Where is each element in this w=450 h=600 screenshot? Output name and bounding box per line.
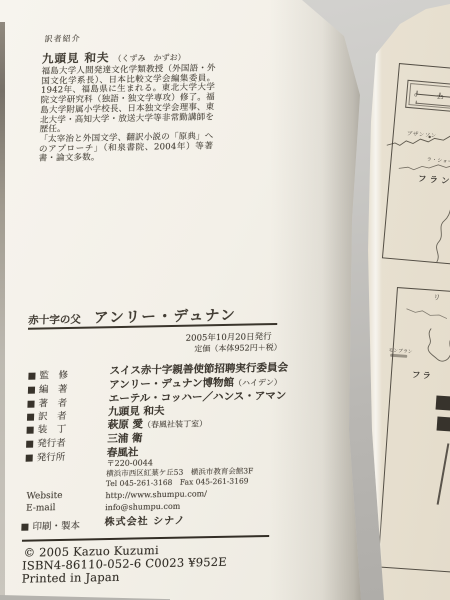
website-url: http://www.shumpu.com/	[105, 489, 207, 500]
email-address: info@shumpu.com	[105, 501, 181, 511]
credit-note: （春風社装丁室）	[143, 419, 207, 429]
translator-bio: 福島大学人間発達文化学類教授（外国語・外国文化学系長）、日本比較文学会編集委員。…	[38, 64, 215, 164]
book-left-edge	[0, 22, 5, 600]
translator-section-label: 訳者紹介	[44, 33, 80, 45]
website-label: Website	[26, 491, 62, 502]
printed-in-line: Printed in Japan	[21, 570, 119, 586]
scale-start-label: 0	[414, 92, 418, 98]
bio-paragraph-2: 「太宰治と外国文学、翻訳小説の「原典」へのアプローチ」（和泉書院、2004年）等…	[38, 132, 213, 164]
footer-divider	[22, 535, 269, 541]
map-label-lyon-partial: リ	[433, 293, 441, 303]
isbn-line: ISBN4-86110-052-6 C0023 ¥952E	[22, 555, 227, 573]
email-label: E-mail	[26, 503, 56, 514]
credit-label: 発行所	[37, 449, 84, 464]
scale-mid-label: 25	[437, 94, 444, 101]
page-gutter-shadow	[270, 0, 365, 600]
book-photo: 訳者紹介 九頭見 和夫（くずみ かずお） 福島大学人間発達文化学類教授（外国語・…	[0, 0, 450, 600]
map-legend-swatch	[436, 395, 450, 410]
bio-paragraph-1: 福島大学人間発達文化学類教授（外国語・外国文化学系長）、日本比較文学会編集委員。…	[39, 64, 215, 135]
bullet-square-icon	[26, 455, 33, 462]
price-label: 定価（本体952円＋税）	[194, 342, 282, 355]
printer-label: 印刷・製本	[32, 517, 89, 532]
map-frame-top: 0 25 ブザンソン ラ・ショー フランス	[382, 63, 450, 271]
credit-value-text: 萩原 愛	[108, 418, 144, 431]
printer-value: 株式会社 シナノ	[104, 512, 185, 529]
page-edge-highlight	[368, 0, 382, 600]
series-label: 赤十字の父	[28, 314, 81, 327]
bullet-square-icon	[21, 524, 28, 531]
map-label-france-partial: フラ	[412, 368, 434, 381]
translator-name: 九頭見 和夫	[42, 50, 110, 65]
translator-name-kana: （くずみ かずお）	[113, 53, 185, 63]
map-frame-bottom: リ モンブラン フラ	[377, 287, 450, 578]
map-lake-outline	[378, 288, 450, 579]
map-legend-swatch	[437, 416, 450, 431]
